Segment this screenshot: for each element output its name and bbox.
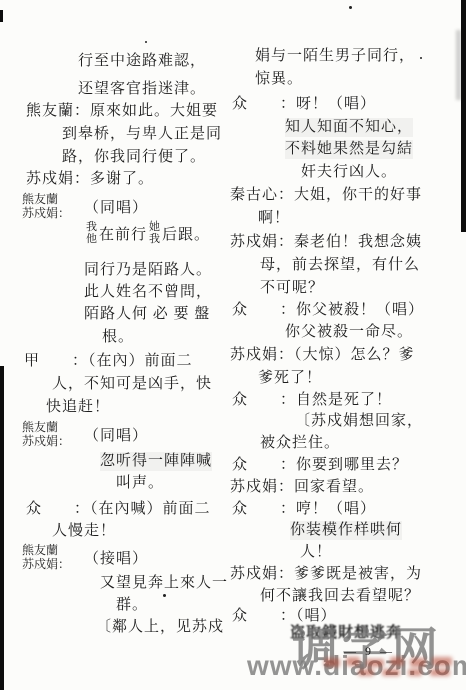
lyric-text: 在前行	[99, 223, 147, 244]
script-line: 路，你我同行便了。	[62, 148, 206, 167]
script-line: 苏戍娟：秦老伯！我想念姨	[230, 233, 422, 252]
script-line: 此人姓名不曾問，	[84, 283, 212, 302]
script-line: 忽听得一陣陣喊	[100, 452, 212, 471]
lyric-text: 我	[149, 233, 160, 245]
script-line: 不料她果然是勾結	[285, 140, 413, 159]
script-line: 叫声。	[116, 474, 164, 493]
ink-speck	[145, 41, 147, 43]
stage-direction: （同唱）	[84, 427, 148, 446]
lyric-text: 在前行	[99, 227, 147, 243]
script-line: 众 ：（在內喊）前面二	[26, 500, 211, 519]
dual-voice-lyric: 我他在前行她我后跟。	[84, 221, 210, 245]
ink-speck	[163, 594, 166, 597]
lyric-text: 后跟。	[162, 223, 210, 244]
speaker-name: 苏戍娟：	[22, 435, 70, 449]
ink-speck	[420, 57, 422, 59]
stage-direction: （接唱）	[84, 550, 148, 569]
script-line: 奸夫行凶人。	[301, 163, 397, 182]
script-line: 啊！	[258, 209, 290, 228]
lyric-text: 我	[86, 221, 97, 233]
script-line: 不可呢？	[260, 279, 324, 298]
script-line: 快追赶！	[46, 398, 110, 417]
script-line: 苏戍娟：多谢了。	[26, 170, 154, 189]
script-line: 陌路人何 必 要 盤	[84, 305, 210, 324]
stacked-voices: 我他	[86, 221, 97, 245]
page-edge-left-tick	[0, 10, 3, 22]
stage-direction: （同唱）	[84, 199, 148, 218]
script-line: 〔鄰人上，见苏戍	[96, 618, 224, 637]
script-line: 母，前去探望，有什么	[260, 256, 420, 275]
stacked-voices: 她我	[149, 221, 160, 245]
script-line: 同行乃是陌路人。	[84, 261, 212, 280]
speaker-label-stacked: 熊友蘭苏戍娟：	[22, 421, 70, 448]
script-line: 根。	[102, 328, 134, 347]
script-line: 又望見奔上來人一	[100, 574, 228, 593]
script-line: 苏戍娟：回家看望。	[230, 478, 374, 497]
speaker-label-stacked: 熊友蘭苏戍娟：	[22, 193, 70, 220]
script-line: 众 ：自然是死了！	[232, 391, 392, 410]
script-line: 被众拦住。	[260, 434, 340, 453]
page-edge-right-bar	[461, 0, 466, 232]
script-line: 知人知面不知心，	[285, 118, 413, 137]
script-line: 娟与一陌生男子同行，	[255, 47, 415, 66]
script-line: 你父被殺一命尽。	[285, 323, 413, 342]
speaker-name: 苏戍娟：	[22, 558, 70, 572]
lyric-text: 他	[86, 233, 97, 245]
page-edge-left-bar	[0, 366, 4, 690]
speaker-name: 苏戍娟：	[22, 207, 70, 221]
script-line: 你装模作样哄何	[290, 521, 402, 540]
speaker-name: 熊友蘭	[22, 193, 70, 207]
speaker-name: 熊友蘭	[22, 421, 70, 435]
script-line: 众 ：你要到哪里去？	[232, 456, 408, 475]
script-line: 到皋桥，与卑人正是同	[62, 125, 222, 144]
script-line: 甲 ：（在內）前面二	[24, 352, 193, 371]
scan-page: 行至中途路难認，还望客官指迷津。熊友蘭：原來如此。大姐要到皋桥，与卑人正是同路，…	[0, 0, 466, 690]
scan-smudge	[456, 30, 461, 100]
speaker-label-stacked: 熊友蘭苏戍娟：	[22, 544, 70, 571]
script-line: 秦古心：大姐，你干的好事	[230, 186, 422, 205]
script-line: 惊異。	[255, 70, 303, 89]
script-line: 人慢走！	[52, 522, 116, 541]
script-line: 众 ：呀！（唱）	[232, 95, 376, 114]
script-line: 何不讓我回去看望呢？	[260, 587, 420, 606]
lyric-text: 后跟。	[162, 227, 210, 243]
script-line: 群。	[116, 596, 148, 615]
ink-speck	[349, 6, 352, 9]
script-line: 苏戍娟：爹爹既是被害，为	[230, 565, 422, 584]
script-line: 人，不知可是凶手，快	[52, 375, 212, 394]
red-stamp-blur	[322, 656, 460, 678]
script-line: 熊友蘭：原來如此。大姐要	[26, 102, 218, 121]
script-line: 行至中途路难認，	[78, 52, 206, 71]
speaker-name: 熊友蘭	[22, 544, 70, 558]
script-line: 爹死了！	[258, 369, 322, 388]
script-line: 众 ：你父被殺！（唱）	[232, 301, 424, 320]
script-line: 众 ：哼！（唱）	[232, 500, 376, 519]
script-line: 〔苏戍娟想回家，	[295, 412, 423, 431]
script-line: 人！	[300, 543, 332, 562]
script-line: 苏戍娟：（大惊）怎么？爹	[230, 346, 415, 365]
script-line: 还望客官指迷津。	[78, 80, 206, 99]
lyric-text: 她	[149, 221, 160, 233]
